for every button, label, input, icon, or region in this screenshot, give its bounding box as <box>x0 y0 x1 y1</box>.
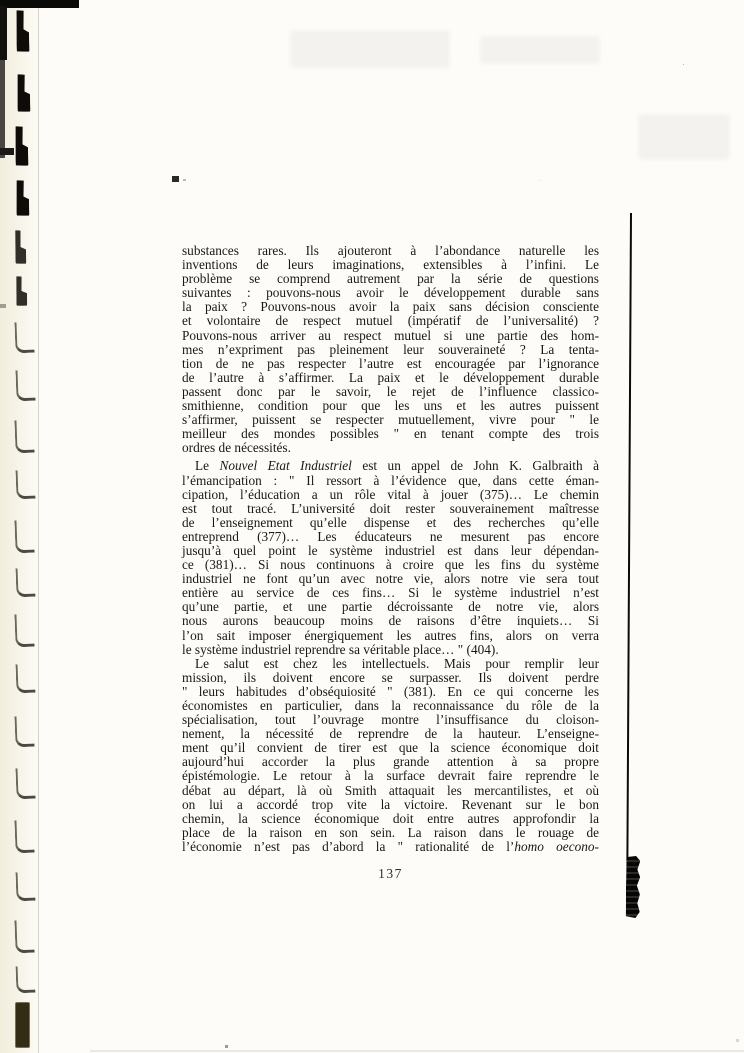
text-line: nous aurons beaucoup moins de raisons d’… <box>182 614 599 628</box>
text-line: Le Nouvel Etat Industriel est un appel d… <box>182 459 599 473</box>
scanned-book-page: { "page": { "number": "137", "italic_phr… <box>0 0 744 1053</box>
text-line: spécialisation, tout l’ouvrage montre l’… <box>182 713 599 727</box>
text-line: aujourd’hui accorder la plus grande atte… <box>182 755 599 769</box>
text-line: et volontaire de respect mutuel (impérat… <box>182 314 599 328</box>
text-line: mes n’expriment pas pleinement leur souv… <box>182 343 599 357</box>
ghost-smudge <box>638 114 730 160</box>
page-number: 137 <box>182 866 599 882</box>
paragraph: substances rares. Ils ajouteront à l’abo… <box>182 244 599 455</box>
text-line: meilleur des mondes possibles " en tenan… <box>182 427 599 441</box>
scanner-edge-bar-left-lower <box>0 60 5 158</box>
text-line: débat au départ, là où Smith attaquait l… <box>182 784 599 798</box>
binding-mark <box>14 614 34 648</box>
text-line: ordres de nécessités. <box>182 441 599 455</box>
text-line: ment qu’il convient de tirer est que la … <box>182 741 599 755</box>
dust-specks <box>0 0 1 1</box>
text-line: est tout tracé. L’université doit rester… <box>182 502 599 516</box>
binding-mark <box>15 568 35 598</box>
binding-mark <box>15 1002 30 1048</box>
text-line: problème se comprend autrement par la sé… <box>182 272 599 286</box>
binding-mark <box>15 470 35 500</box>
text-line: passent donc par le savoir, le rejet de … <box>182 385 599 399</box>
text-line: industriel ne font qu’un avec notre vie,… <box>182 572 599 586</box>
scanner-edge-bar-top <box>0 0 79 8</box>
text-line: suivantes : pouvons-nous avoir le dévelo… <box>182 286 599 300</box>
text-line: smithienne, condition pour que les uns e… <box>182 399 599 413</box>
text-line: le système industriel reprendre sa vérit… <box>182 643 599 657</box>
text-line: place de la raison en son sein. La raiso… <box>182 826 599 840</box>
binding-mark <box>16 966 36 994</box>
text-line: de l’autre à s’affirmer. La paix et le d… <box>182 371 599 385</box>
text-line: épistémologie. Le retour à la surface de… <box>182 769 599 783</box>
ghost-smudge <box>290 30 450 68</box>
text-line: mission, ils doivent encore se surpasser… <box>182 671 599 685</box>
stray-ink-mark <box>172 176 179 182</box>
text-line: jusqu’à quel point le système industriel… <box>182 544 599 558</box>
text-line: économistes en particulier, dans la reco… <box>182 699 599 713</box>
text-line: qu’une partie, et une partie décroissant… <box>182 600 599 614</box>
binding-mark <box>15 768 35 800</box>
text-line: inventions de leurs imaginations, extens… <box>182 258 599 272</box>
scanner-edge-tick-small <box>0 304 6 308</box>
text-line: ce (381)… Si nous continuons à croire qu… <box>182 558 599 572</box>
text-line: substances rares. Ils ajouteront à l’abo… <box>182 244 599 258</box>
binding-mark <box>15 370 35 402</box>
binding-mark <box>14 820 34 854</box>
text-line: Pouvons-nous arriver au respect mutuel s… <box>182 329 599 343</box>
page-background: substances rares. Ils ajouteront à l’abo… <box>0 0 744 1053</box>
text-line: la paix ? Pouvons-nous avoir la paix san… <box>182 300 599 314</box>
binding-mark <box>15 664 35 694</box>
binding-mark <box>14 716 34 748</box>
scan-bottom-edge <box>90 1050 744 1052</box>
binding-mark <box>14 420 34 454</box>
paragraph: Le Nouvel Etat Industriel est un appel d… <box>182 459 599 656</box>
scan-crease-ink-blob <box>626 856 641 918</box>
text-line: entière au service de ces fins… Si le sy… <box>182 586 599 600</box>
text-block: substances rares. Ils ajouteront à l’abo… <box>182 244 599 854</box>
text-line: Le salut est chez les intellectuels. Mai… <box>182 657 599 671</box>
text-line: de l’enseignement qu’elle dispense et de… <box>182 516 599 530</box>
binding-mark <box>14 520 34 554</box>
text-line: nement, la nécessité de reprendre de la … <box>182 727 599 741</box>
binding-mark <box>14 322 34 354</box>
scanner-edge-tick <box>0 148 14 155</box>
text-line: s’affirmer, puissent se respecter mutuel… <box>182 413 599 427</box>
text-line: entreprend (377)… Les éducateurs ne mesu… <box>182 530 599 544</box>
text-line: " leurs habitudes d’obséquiosité " (381)… <box>182 685 599 699</box>
binding-mark <box>15 872 35 902</box>
scan-crease-line <box>626 213 632 861</box>
text-line: chemin, la science économique doit entre… <box>182 812 599 826</box>
text-line: l’économie n’est pas d’abord la " ration… <box>182 840 599 854</box>
paragraph: Le salut est chez les intellectuels. Mai… <box>182 657 599 854</box>
text-line: l’on sait imposer énergiquement les autr… <box>182 629 599 643</box>
text-line: tion de ne pas respecter l’autre est enc… <box>182 357 599 371</box>
text-line: cipation, l’éducation a un rôle vital à … <box>182 488 599 502</box>
scanner-edge-bar-left <box>0 6 7 60</box>
ghost-smudge <box>480 36 600 64</box>
text-line: on lui a accordé trop vite la victoire. … <box>182 798 599 812</box>
binding-mark <box>14 920 34 954</box>
text-line: l’émancipation : " Il ressort à l’éviden… <box>182 474 599 488</box>
